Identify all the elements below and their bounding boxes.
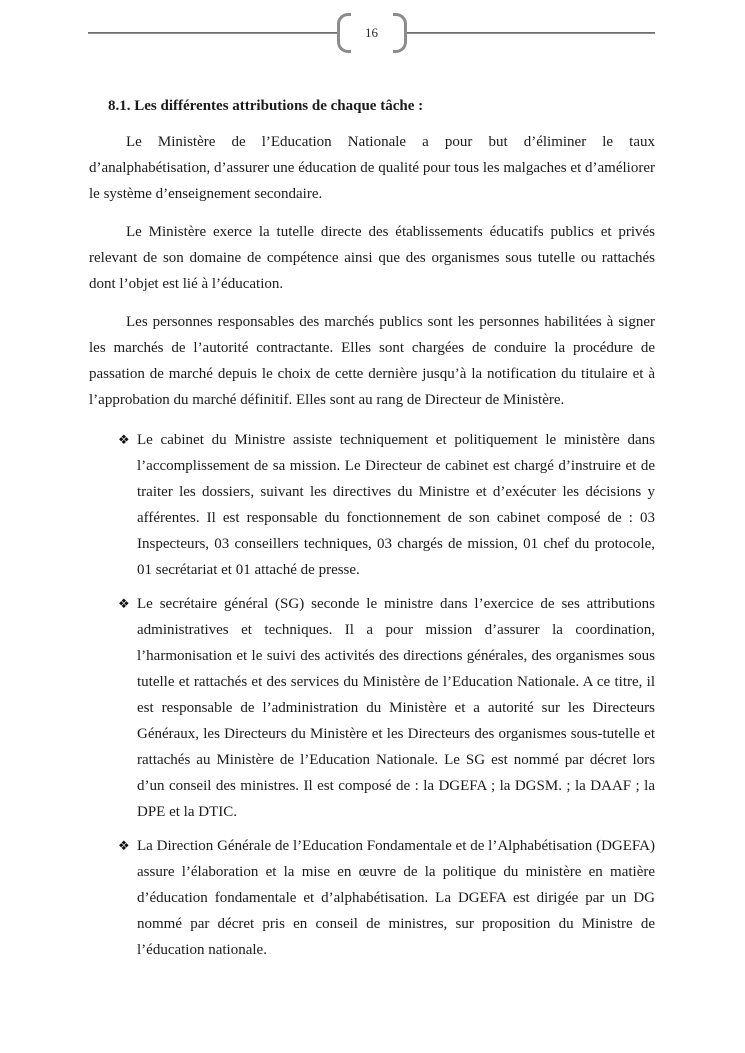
list-item-text: Le cabinet du Ministre assiste technique…	[137, 432, 655, 578]
list-item-cabinet-ministre: ❖ Le cabinet du Ministre assiste techniq…	[118, 427, 655, 583]
page-number: 16	[351, 13, 393, 53]
paragraph-personnes-responsables: Les personnes responsables des marchés p…	[89, 309, 655, 413]
paragraph-tutelle: Le Ministère exerce la tutelle directe d…	[89, 219, 655, 297]
document-content: 8.1. Les différentes attributions de cha…	[89, 95, 655, 963]
list-item-text: La Direction Générale de l’Education Fon…	[137, 838, 655, 958]
attributions-list: ❖ Le cabinet du Ministre assiste techniq…	[89, 427, 655, 963]
header-rule-left	[88, 32, 337, 34]
diamond-bullet-icon: ❖	[118, 427, 130, 453]
list-item-secretaire-general: ❖ Le secrétaire général (SG) seconde le …	[118, 591, 655, 825]
document-page: 16 8.1. Les différentes attributions de …	[0, 0, 745, 1053]
list-item-text: Le secrétaire général (SG) seconde le mi…	[137, 596, 655, 820]
page-number-bracket-right-icon	[393, 13, 407, 53]
section-heading: 8.1. Les différentes attributions de cha…	[108, 95, 655, 117]
header-rule-right	[407, 32, 656, 34]
page-number-bracket-left-icon	[337, 13, 351, 53]
diamond-bullet-icon: ❖	[118, 833, 130, 859]
paragraph-ministere-but: Le Ministère de l’Education Nationale a …	[89, 129, 655, 207]
diamond-bullet-icon: ❖	[118, 591, 130, 617]
page-header: 16	[88, 13, 655, 53]
list-item-dgefa: ❖ La Direction Générale de l’Education F…	[118, 833, 655, 963]
